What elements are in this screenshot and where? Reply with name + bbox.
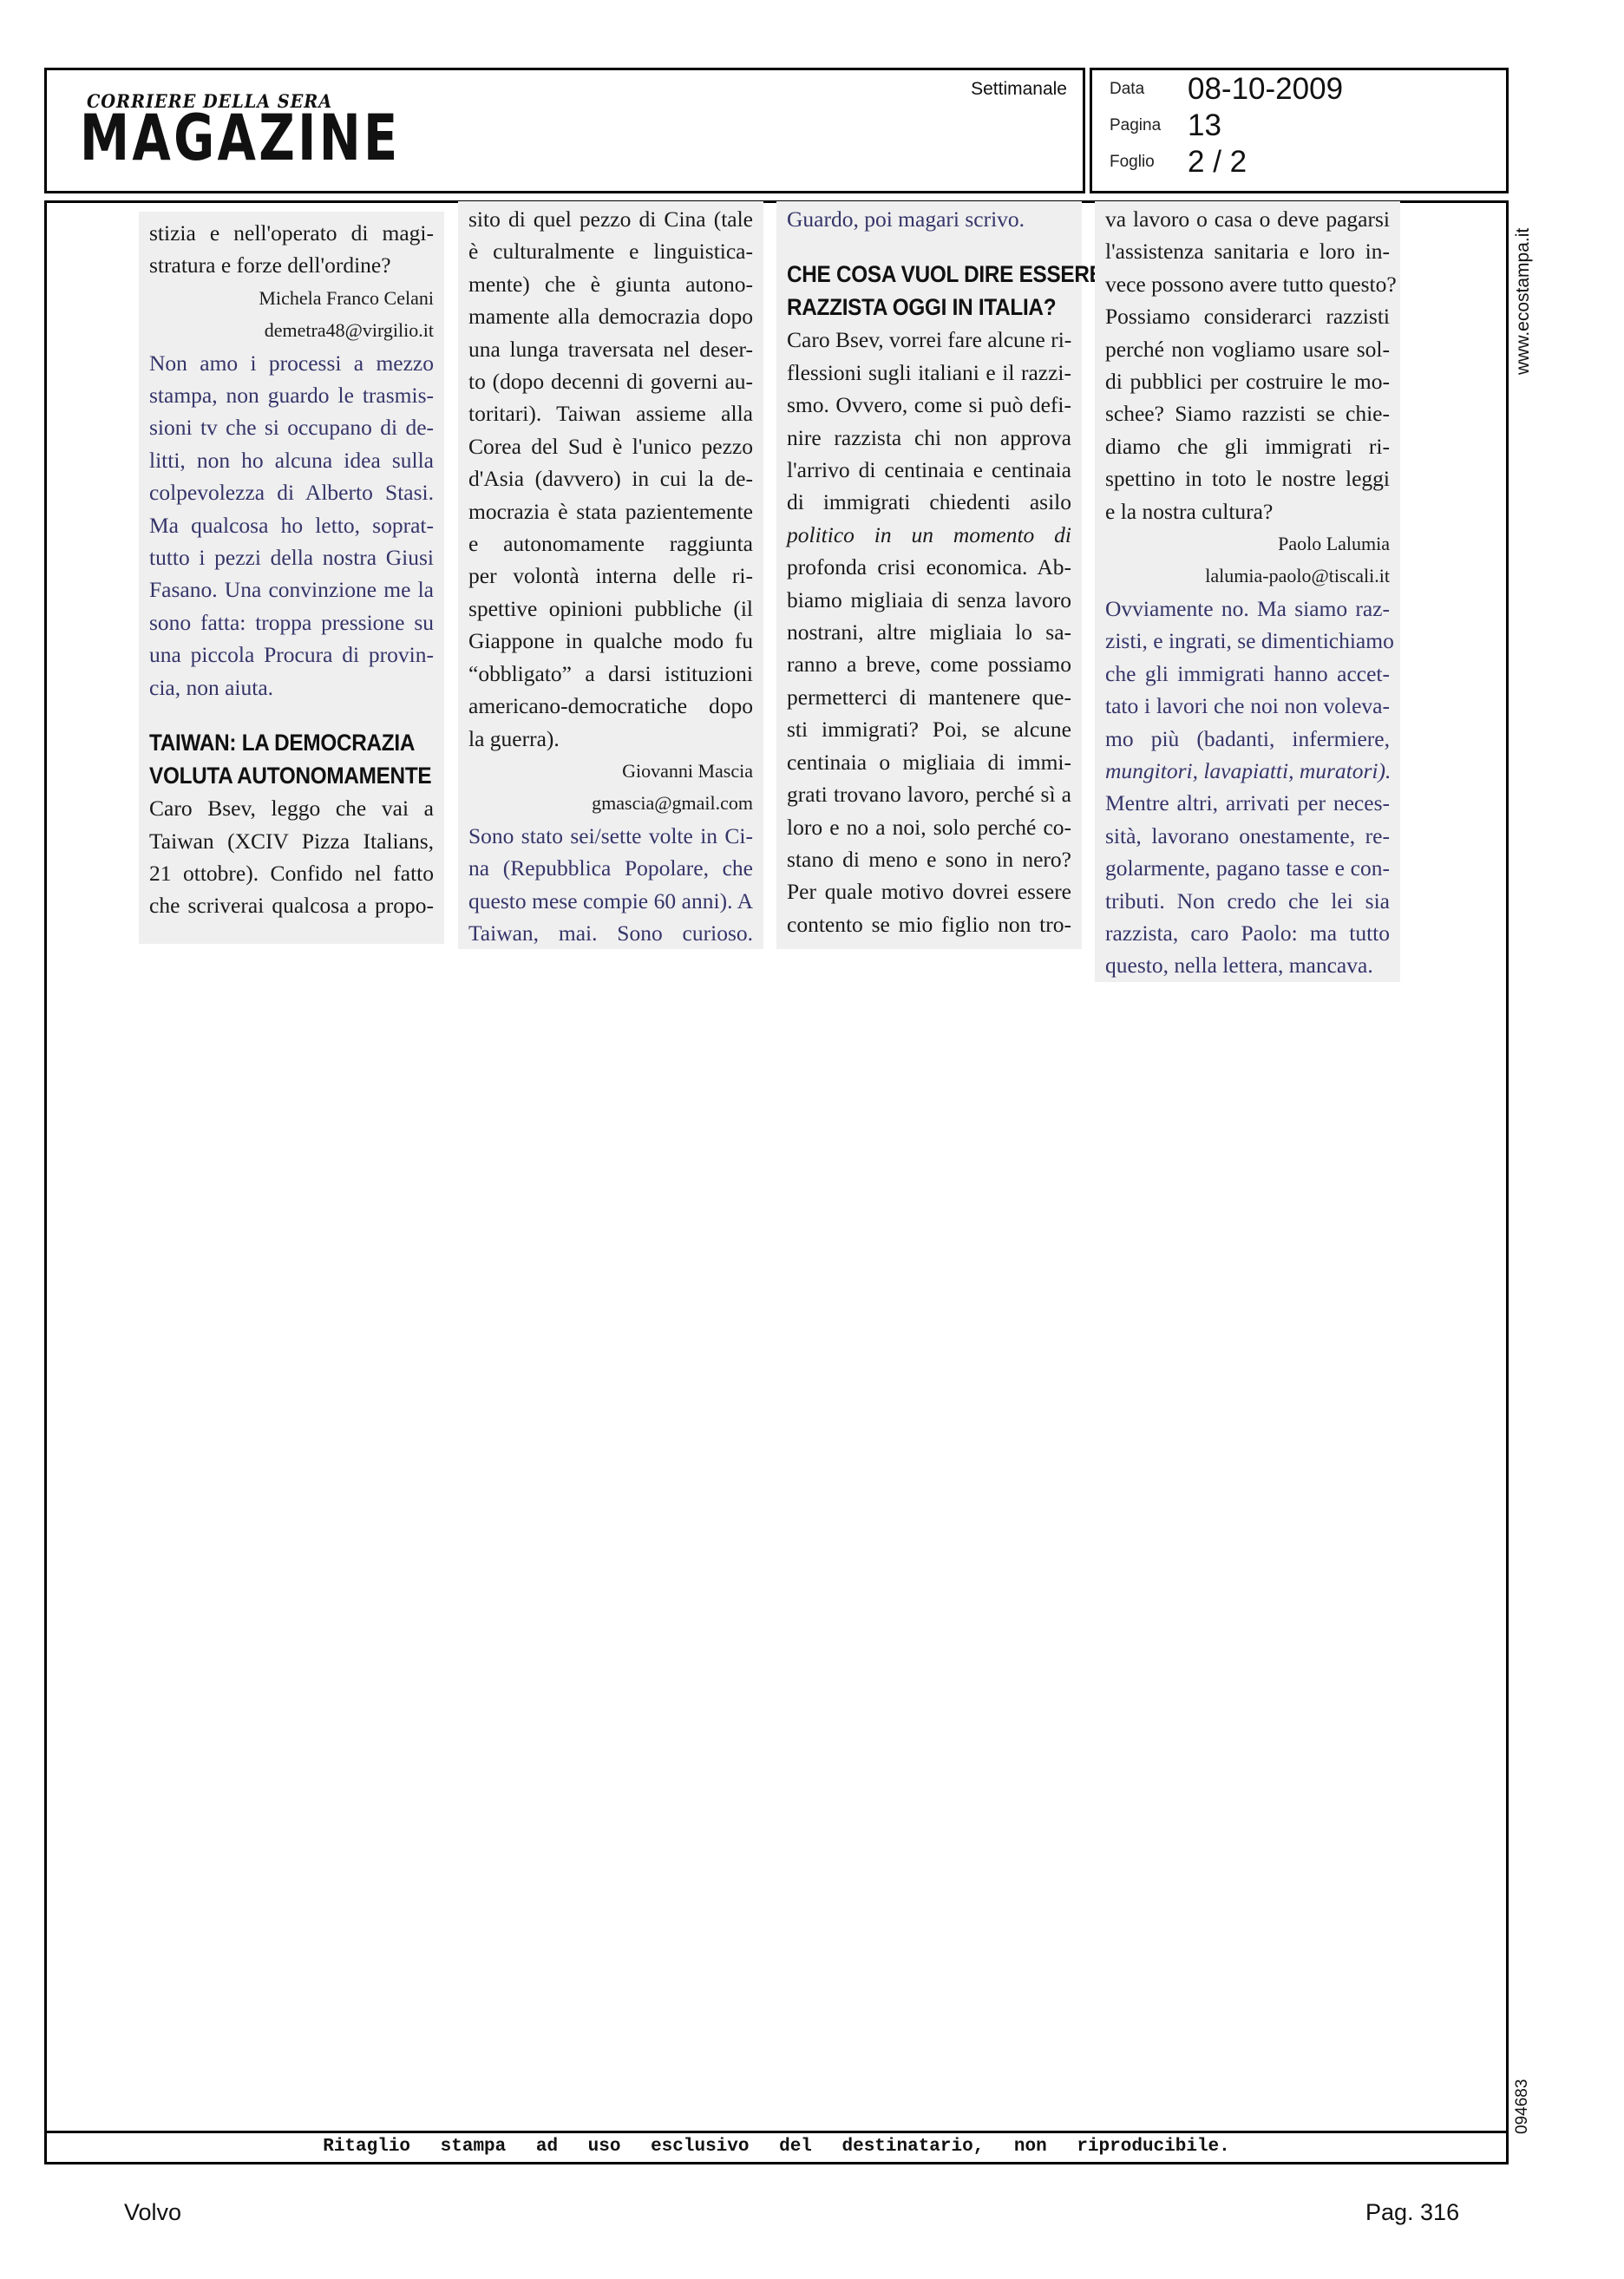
clipping-code: 094683: [1513, 2079, 1532, 2134]
meta-value: 08-10-2009: [1188, 72, 1343, 107]
meta-label: Foglio: [1110, 153, 1188, 172]
letter-text: Caro Bsev, vorrei fare alcune ri- flessi…: [787, 324, 1071, 940]
letter-signature-name: Michela Franco Celani: [149, 282, 434, 314]
letter-headline: TAIWAN: LA DEMOCRAZIA VOLUTA AUTONOMAMEN…: [149, 726, 405, 792]
editor-reply: Guardo, poi magari scrivo.: [787, 203, 1071, 235]
meta-row-date: Data08-10-2009: [1110, 72, 1343, 107]
meta-row-sheet: Foglio2 / 2: [1110, 145, 1247, 180]
page-number: Pag. 316: [1365, 2199, 1459, 2226]
letter-headline: CHE COSA VUOL DIRE ESSERE RAZZISTA OGGI …: [787, 258, 1043, 324]
meta-value: 2 / 2: [1188, 145, 1247, 180]
website-label: www.ecostampa.it: [1513, 228, 1534, 375]
editor-reply: Non amo i processi a mezzo stampa, non g…: [149, 347, 434, 704]
article-column-3: Guardo, poi magari scrivo. CHE COSA VUOL…: [776, 201, 1082, 949]
article-column-1: stizia e nell'operato di magi- stratura …: [139, 212, 444, 944]
frequency-label: Settimanale: [971, 79, 1067, 100]
letter-signature-email: demetra48@virgilio.it: [149, 314, 434, 346]
publication-logo: MAGAZINE: [80, 106, 401, 170]
letter-text: va lavoro o casa o deve pagarsi l'assist…: [1105, 203, 1390, 527]
letter-text: Caro Bsev, leggo che vai a Taiwan (XCIV …: [149, 792, 434, 922]
article-column-2: sito di quel pezzo di Cina (tale è cultu…: [458, 201, 763, 949]
letter-signature-name: Paolo Lalumia: [1105, 527, 1390, 560]
editor-reply: Sono stato sei/sette volte in Ci- na (Re…: [468, 820, 753, 950]
copyright-notice: Ritaglio stampa ad uso esclusivo del des…: [44, 2131, 1509, 2164]
letter-signature-email: gmascia@gmail.com: [468, 787, 753, 819]
letter-text: stizia e nell'operato di magi- stratura …: [149, 217, 434, 282]
letter-signature-name: Giovanni Mascia: [468, 755, 753, 787]
meta-label: Pagina: [1110, 116, 1188, 135]
article-column-4: va lavoro o casa o deve pagarsi l'assist…: [1095, 201, 1400, 982]
letter-text: sito di quel pezzo di Cina (tale è cultu…: [468, 203, 753, 755]
meta-row-page: Pagina13: [1110, 108, 1221, 143]
editor-reply: Ovviamente no. Ma siamo raz- zisti, e in…: [1105, 593, 1390, 982]
meta-label: Data: [1110, 80, 1188, 99]
client-name: Volvo: [124, 2199, 181, 2226]
meta-box: Data08-10-2009 Pagina13 Foglio2 / 2: [1090, 68, 1509, 193]
meta-value: 13: [1188, 108, 1221, 143]
letter-signature-email: lalumia-paolo@tiscali.it: [1105, 560, 1390, 592]
